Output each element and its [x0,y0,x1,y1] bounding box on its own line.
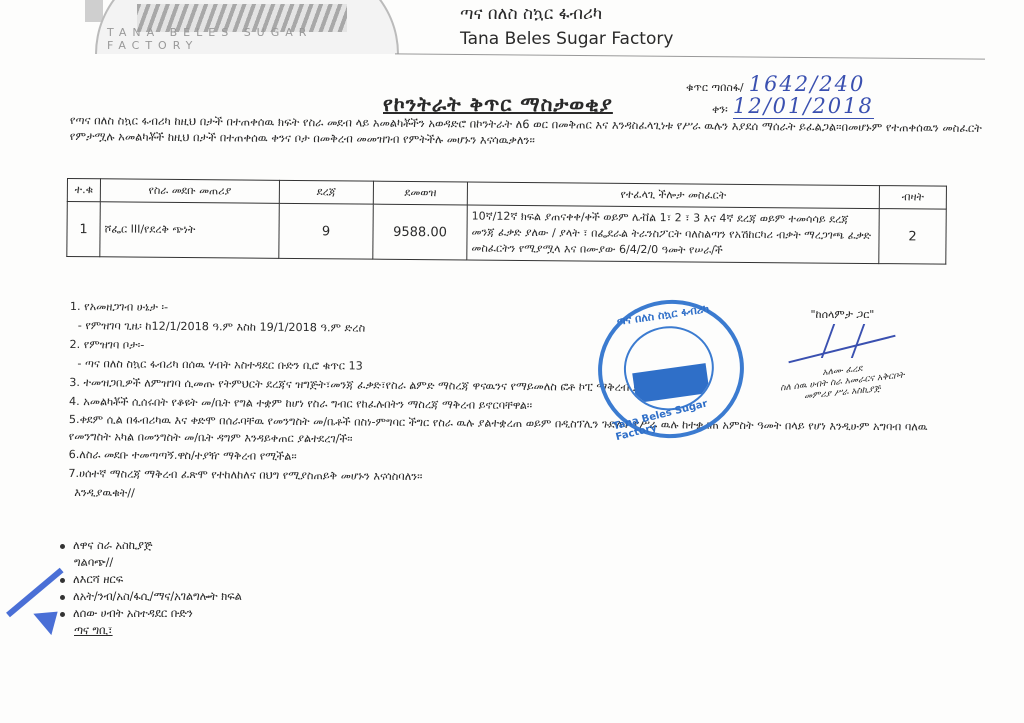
col-header-position: የስራ መደቡ መጠሪያ [100,179,279,204]
bullet-icon [60,578,65,583]
cc-item: ለእርሻ ዘርፍ [60,571,242,588]
cc-recipient: ለእርሻ ዘርፍ [73,573,123,586]
cc-item: ለዋና ስራ አስኪያጅ [60,537,242,554]
salutation: "ከሰላምታ ጋር" [780,308,905,322]
cc-recipient: ለአት/ንብ/አስ/ፋሲ/ማና/አገልግሎት ክፍል [73,590,242,603]
logo-text: TANA BELES SUGAR FACTORY [107,26,397,52]
col-header-salary: ደመወዝ [373,181,467,205]
col-header-grade: ደረጃ [279,180,373,204]
org-name-amharic: ጣና በለስ ስኳር ፋብሪካ [460,4,602,24]
bullet-icon [60,544,65,549]
logo-edge [85,0,103,22]
cell-position: ሾፌር III/የደረቅ ጭነት [100,202,279,259]
intro-paragraph: የጣና በለስ ስኳር ፋብሪካ ከዚህ በታች በተጠቀሰዉ ክፍት የስራ … [70,112,990,152]
col-header-quantity: ብዛት [879,186,946,210]
table-row: 1 ሾፌር III/የደረቅ ጭነት 9 9588.00 10ኛ/12ኛ ክፍል… [67,202,946,265]
letter-date: ቀን፡ 12/01/2018 [712,94,874,118]
cc-location: ጣና ግቢ፣ [60,622,242,639]
cc-recipient: ለዋና ስራ አስኪያጅ [73,539,152,552]
cell-grade: 9 [279,203,373,259]
document-title: የኮንትራት ቅጥር ማስታወቂያ [383,92,613,116]
date-label: ቀን፡ [712,103,728,116]
date-value: 12/01/2018 [733,94,874,119]
vacancy-table: ተ.ቁ የስራ መደቡ መጠሪያ ደረጃ ደመወዝ የተፈላጊ ችሎታ መስፈር… [66,178,947,265]
bullet-icon [60,595,65,600]
company-logo: TANA BELES SUGAR FACTORY [95,0,399,54]
col-header-no: ተ.ቁ [67,179,100,202]
stamp-field-graphic [632,363,709,403]
header-divider [395,53,985,59]
cc-label: ግልባጭ// [60,554,242,571]
cc-item: ለአት/ንብ/አስ/ፋሲ/ማና/አገልግሎት ክፍል [60,588,242,605]
cell-salary: 9588.00 [373,204,467,260]
signature-icon [787,324,897,364]
signature-block: "ከሰላምታ ጋር" አለሙ ፈረደ ስለ ሰዉ ሀብት ስራ አመራርና አቅ… [780,308,905,399]
reference-label: ቁጥር ጣበስፋ/ [686,81,744,94]
reference-number: ቁጥር ጣበስፋ/ 1642/240 [686,72,865,96]
cc-recipient: ለሰው ሀብት አስተዳደር ቡድን [73,607,193,620]
cc-list: ለዋና ስራ አስኪያጅ ግልባጭ// ለእርሻ ዘርፍ ለአት/ንብ/አስ/ፋ… [60,537,242,639]
reference-value: 1642/240 [749,72,866,96]
org-name-english: Tana Beles Sugar Factory [460,29,673,49]
cell-quantity: 2 [879,209,946,265]
cell-requirement: 10ኛ/12ኛ ክፍል ያጠናቀቀ/ቀች ወይም ሌቭል 1፣ 2 ፣ 3 እና… [467,205,879,264]
cc-item: ለሰው ሀብት አስተዳደር ቡድን [60,605,242,622]
cell-no: 1 [67,202,100,257]
